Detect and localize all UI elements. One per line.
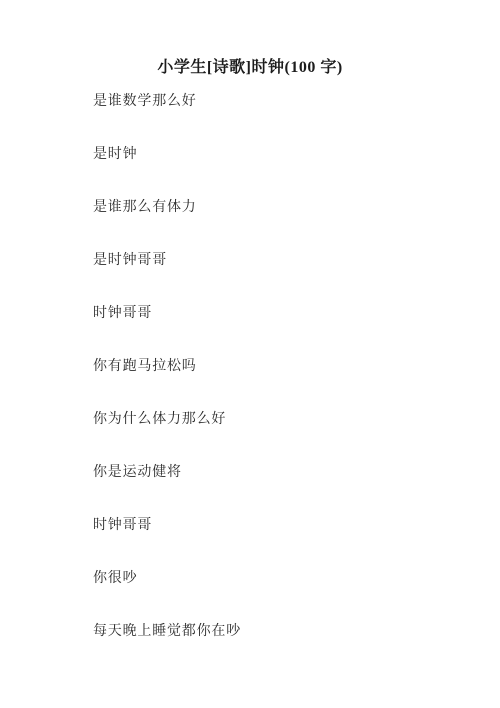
poem-line: 时钟哥哥 — [93, 517, 460, 570]
poem-line: 是时钟 — [93, 146, 460, 199]
poem-line: 你很吵 — [93, 570, 460, 623]
poem-line: 时钟哥哥 — [93, 305, 460, 358]
poem-line: 你有跑马拉松吗 — [93, 358, 460, 411]
poem-line: 是时钟哥哥 — [93, 252, 460, 305]
poem-line: 是谁那么有体力 — [93, 199, 460, 252]
poem-line: 每天晚上睡觉都你在吵 — [93, 623, 460, 676]
poem-line: 你为什么体力那么好 — [93, 411, 460, 464]
poem-line: 你是运动健将 — [93, 464, 460, 517]
document-page: 小学生[诗歌]时钟(100 字) 是谁数学那么好 是时钟 是谁那么有体力 是时钟… — [0, 0, 500, 708]
document-title: 小学生[诗歌]时钟(100 字) — [0, 58, 500, 78]
poem-body: 是谁数学那么好 是时钟 是谁那么有体力 是时钟哥哥 时钟哥哥 你有跑马拉松吗 你… — [93, 93, 460, 676]
poem-line: 是谁数学那么好 — [93, 93, 460, 146]
